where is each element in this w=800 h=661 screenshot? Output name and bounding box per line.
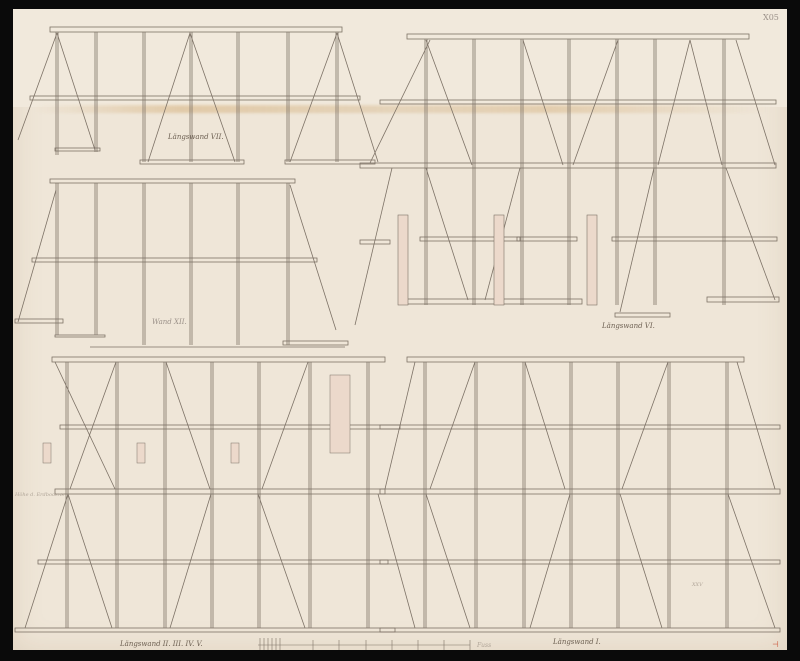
scale-bar [258,638,470,650]
scale-unit: Fuss [477,642,491,649]
elevation-laengswand-ii-v [15,357,400,632]
label-laengswand-ii-v: Längswand II. III. IV. V. [120,640,203,648]
stamp-mark: ⊣ [772,640,779,649]
label-laengswand-vi: Längswand VI. [602,322,655,330]
scaffold-elevations [0,0,800,661]
label-laengswand-i: Längswand I. [553,638,601,646]
left-margin-note: Höhe d. Erdbodens [15,492,64,498]
elevation-laengswand-i [378,357,780,632]
pencil-note: XXV [692,582,703,588]
label-wand-xii: Wand XII. [152,318,187,326]
elevation-laengswand-vii [18,27,378,164]
elevation-upper-right [355,34,779,325]
catalog-number: X05 [763,13,779,22]
label-laengswand-vii: Längswand VII. [168,133,224,141]
